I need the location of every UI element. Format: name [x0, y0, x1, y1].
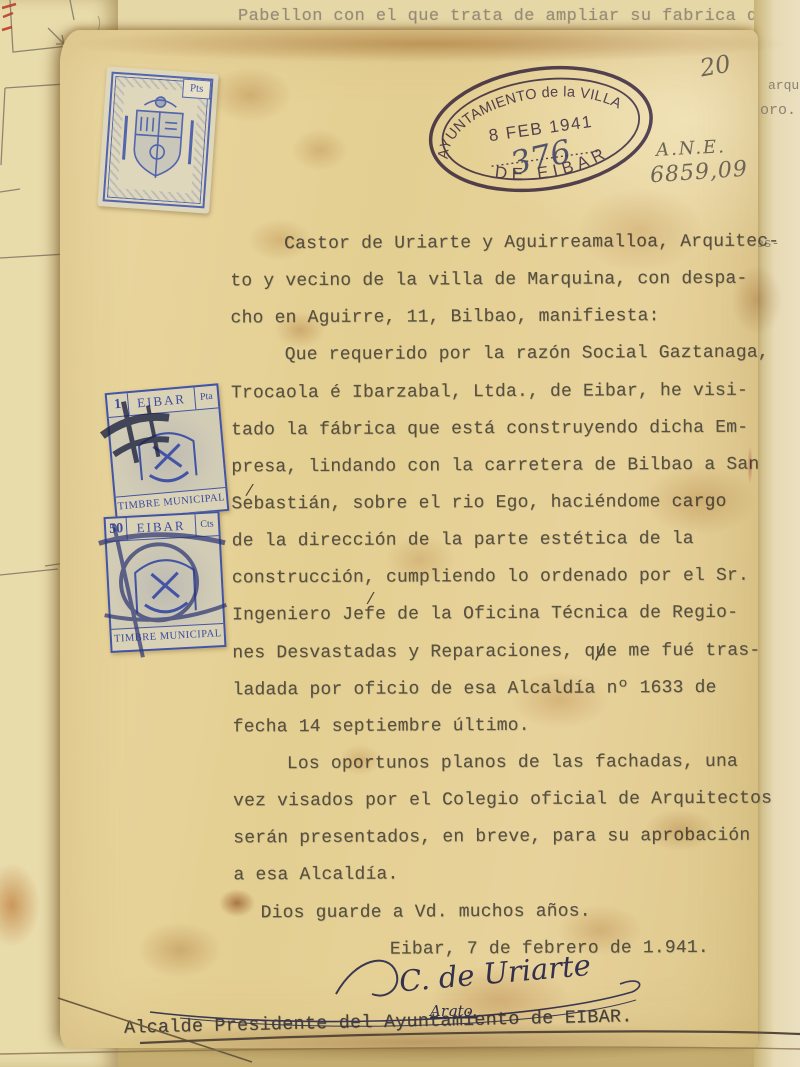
- stamp-currency-label: Pts: [182, 79, 211, 100]
- body-line: Trocaola é Ibarzabal, Ltda., de Eibar, h…: [231, 372, 776, 412]
- red-corner-marks-icon: [2, 4, 16, 30]
- emblem-arch-icon: [107, 536, 223, 629]
- body-line: presa, lindando con la carretera de Bilb…: [231, 446, 776, 486]
- body-line: to y vecino de la villa de Marquina, con…: [230, 261, 775, 301]
- municipal-stamp-50cts: 50 EIBAR Cts TIMBRE MUNICIPAL: [104, 511, 227, 653]
- body-line: cho en Aguirre, 11, Bilbao, manifiesta:: [230, 298, 775, 338]
- stamp-value: 1: [107, 393, 130, 417]
- body-line: Dios guarde a Vd. muchos años.: [234, 892, 779, 932]
- document-photo: Pabellon con el que trata de ampliar su …: [0, 0, 800, 1067]
- body-line: fecha 14 septiembre último.: [233, 706, 778, 746]
- signature: C. de Uriarte Arqto.: [240, 942, 660, 1032]
- body-line: vez visados por el Colegio oficial de Ar…: [233, 781, 778, 821]
- body-line: Sebastián, sobre el rio Ego, haciéndome …: [231, 484, 776, 524]
- signature-title: Arqto.: [428, 1002, 477, 1020]
- revenue-stamp: Pts: [97, 66, 218, 213]
- signature-name: C. de Uriarte: [398, 948, 592, 999]
- body-line: serán presentados, en breve, para su apr…: [233, 818, 778, 858]
- header-note: Pabellon con el que trata de ampliar su …: [238, 4, 768, 30]
- body-line: construcción, cumpliendo lo ordenado por…: [232, 558, 777, 598]
- stamp-emblem: [109, 408, 225, 496]
- coat-of-arms-icon: [119, 90, 198, 191]
- body-line: nes Desvastadas y Reparaciones, que me f…: [232, 632, 777, 672]
- body-line: Ingeniero Jefe de la Oficina Técnica de …: [232, 595, 777, 635]
- body-line: a esa Alcaldía.: [233, 855, 778, 895]
- pencil-page-number: 20: [698, 50, 733, 83]
- body-line: Los oportunos planos de las fachadas, un…: [233, 744, 778, 784]
- stamp-city: EIBAR: [127, 514, 196, 540]
- fragment-text: oro.: [760, 102, 796, 119]
- stamp-unit: Cts: [195, 513, 219, 536]
- body-line: Castor de Uriarte y Aguirreamalloa, Arqu…: [230, 224, 775, 264]
- body-line: ladada por oficio de esa Alcaldía nº 163…: [232, 669, 777, 709]
- body-line: Que requerido por la razón Social Gaztan…: [231, 335, 776, 375]
- body-line: tado la fábrica que está construyendo di…: [231, 409, 776, 449]
- body-line: de la dirección de la parte estética de …: [232, 521, 777, 561]
- fragment-text: arqu: [768, 78, 799, 93]
- stamp-unit: Pta: [193, 385, 218, 409]
- reference-code: A.N.E.: [655, 136, 726, 161]
- stamp-emblem: [107, 536, 223, 629]
- municipal-stamp-1pta: 1 EIBAR Pta TIMBRE MUNICIPAL: [105, 383, 230, 520]
- typed-body: Castor de Uriarte y Aguirreamalloa, Arqu…: [230, 224, 779, 970]
- emblem-arch-icon: [109, 408, 225, 496]
- stamp-value: 50: [106, 518, 128, 541]
